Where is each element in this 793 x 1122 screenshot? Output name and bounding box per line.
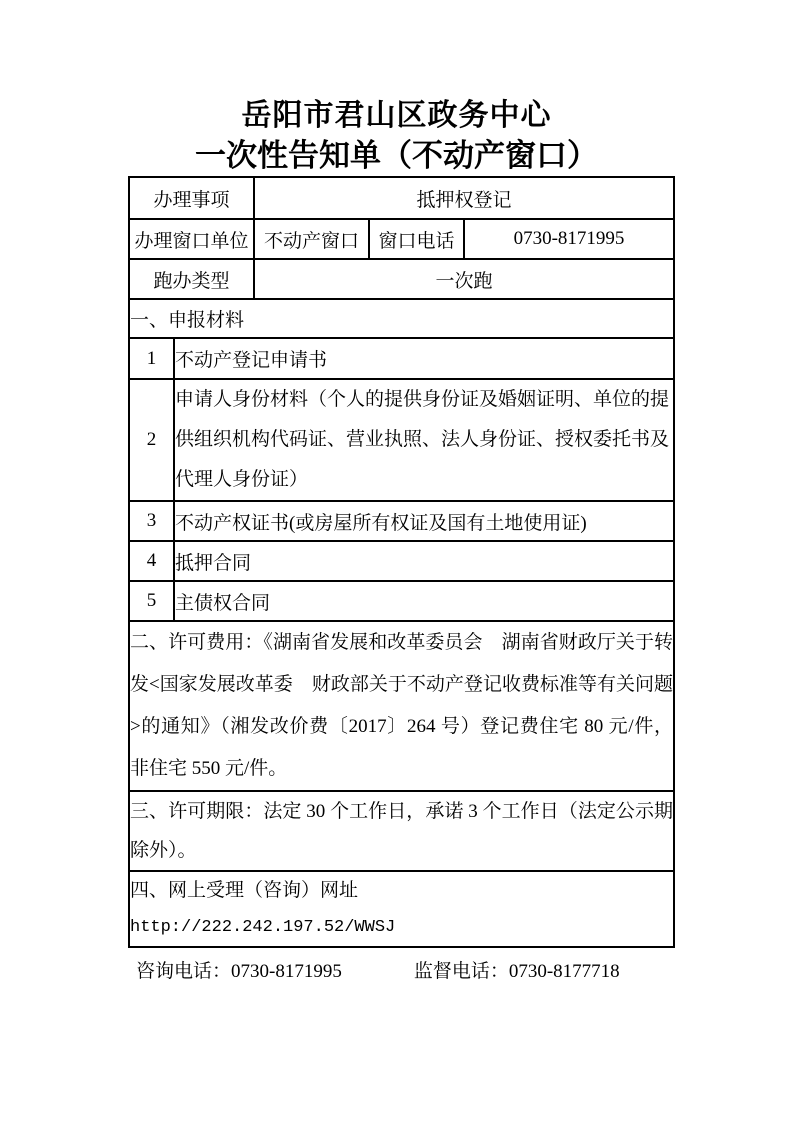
document-header: 岳阳市君山区政务中心 一次性告知单（不动产窗口）	[0, 0, 793, 176]
materials-section-title: 一、申报材料	[129, 299, 674, 338]
material-row: 5 主债权合同	[129, 581, 674, 621]
row-deadline-section: 三、许可期限：法定 30 个工作日，承诺 3 个工作日（法定公示期除外）。	[129, 791, 674, 871]
row-materials-title: 一、申报材料	[129, 299, 674, 338]
material-text: 申请人身份材料（个人的提供身份证及婚姻证明、单位的提供组织机构代码证、营业执照、…	[174, 379, 674, 501]
window-unit-value: 不动产窗口	[254, 219, 369, 259]
document-page: 岳阳市君山区政务中心 一次性告知单（不动产窗口） 办理事项 抵押权登记 办理窗口…	[0, 0, 793, 1122]
material-row: 3 不动产权证书(或房屋所有权证及国有土地使用证)	[129, 501, 674, 541]
material-row: 1 不动产登记申请书	[129, 338, 674, 379]
window-unit-label: 办理窗口单位	[129, 219, 254, 259]
material-number: 5	[129, 581, 174, 621]
deadline-section-text: 三、许可期限：法定 30 个工作日，承诺 3 个工作日（法定公示期除外）。	[129, 791, 674, 871]
run-type-label: 跑办类型	[129, 259, 254, 299]
window-phone-label: 窗口电话	[369, 219, 464, 259]
fee-section-text: 二、许可费用：《湖南省发展和改革委员会 湖南省财政厅关于转发<国家发展改革委 财…	[129, 621, 674, 791]
material-number: 2	[129, 379, 174, 501]
material-row: 4 抵押合同	[129, 541, 674, 581]
material-number: 3	[129, 501, 174, 541]
row-window-unit: 办理窗口单位 不动产窗口 窗口电话 0730-8171995	[129, 219, 674, 259]
handling-item-label: 办理事项	[129, 177, 254, 219]
material-text: 主债权合同	[174, 581, 674, 621]
handling-item-value: 抵押权登记	[254, 177, 674, 219]
notice-table: 办理事项 抵押权登记 办理窗口单位 不动产窗口 窗口电话 0730-817199…	[128, 176, 675, 948]
consult-phone: 咨询电话：0730-8171995	[136, 961, 342, 983]
material-text: 不动产登记申请书	[174, 338, 674, 379]
material-number: 1	[129, 338, 174, 379]
row-fee-section: 二、许可费用：《湖南省发展和改革委员会 湖南省财政厅关于转发<国家发展改革委 财…	[129, 621, 674, 791]
supervision-phone: 监督电话：0730-8177718	[414, 961, 620, 983]
online-url: http://222.242.197.52/WWSJ	[130, 909, 673, 946]
material-text: 不动产权证书(或房屋所有权证及国有土地使用证)	[174, 501, 674, 541]
row-run-type: 跑办类型 一次跑	[129, 259, 674, 299]
doc-title: 一次性告知单（不动产窗口）	[0, 136, 793, 176]
online-section-title: 四、网上受理（咨询）网址	[130, 872, 673, 909]
row-handling-item: 办理事项 抵押权登记	[129, 177, 674, 219]
org-title: 岳阳市君山区政务中心	[0, 96, 793, 136]
material-text: 抵押合同	[174, 541, 674, 581]
online-section-cell: 四、网上受理（咨询）网址 http://222.242.197.52/WWSJ	[129, 871, 674, 947]
material-row: 2 申请人身份材料（个人的提供身份证及婚姻证明、单位的提供组织机构代码证、营业执…	[129, 379, 674, 501]
row-online-section: 四、网上受理（咨询）网址 http://222.242.197.52/WWSJ	[129, 871, 674, 947]
run-type-value: 一次跑	[254, 259, 674, 299]
footer-phones: 咨询电话：0730-8171995 监督电话：0730-8177718	[136, 961, 793, 983]
material-number: 4	[129, 541, 174, 581]
window-phone-value: 0730-8171995	[464, 219, 674, 259]
